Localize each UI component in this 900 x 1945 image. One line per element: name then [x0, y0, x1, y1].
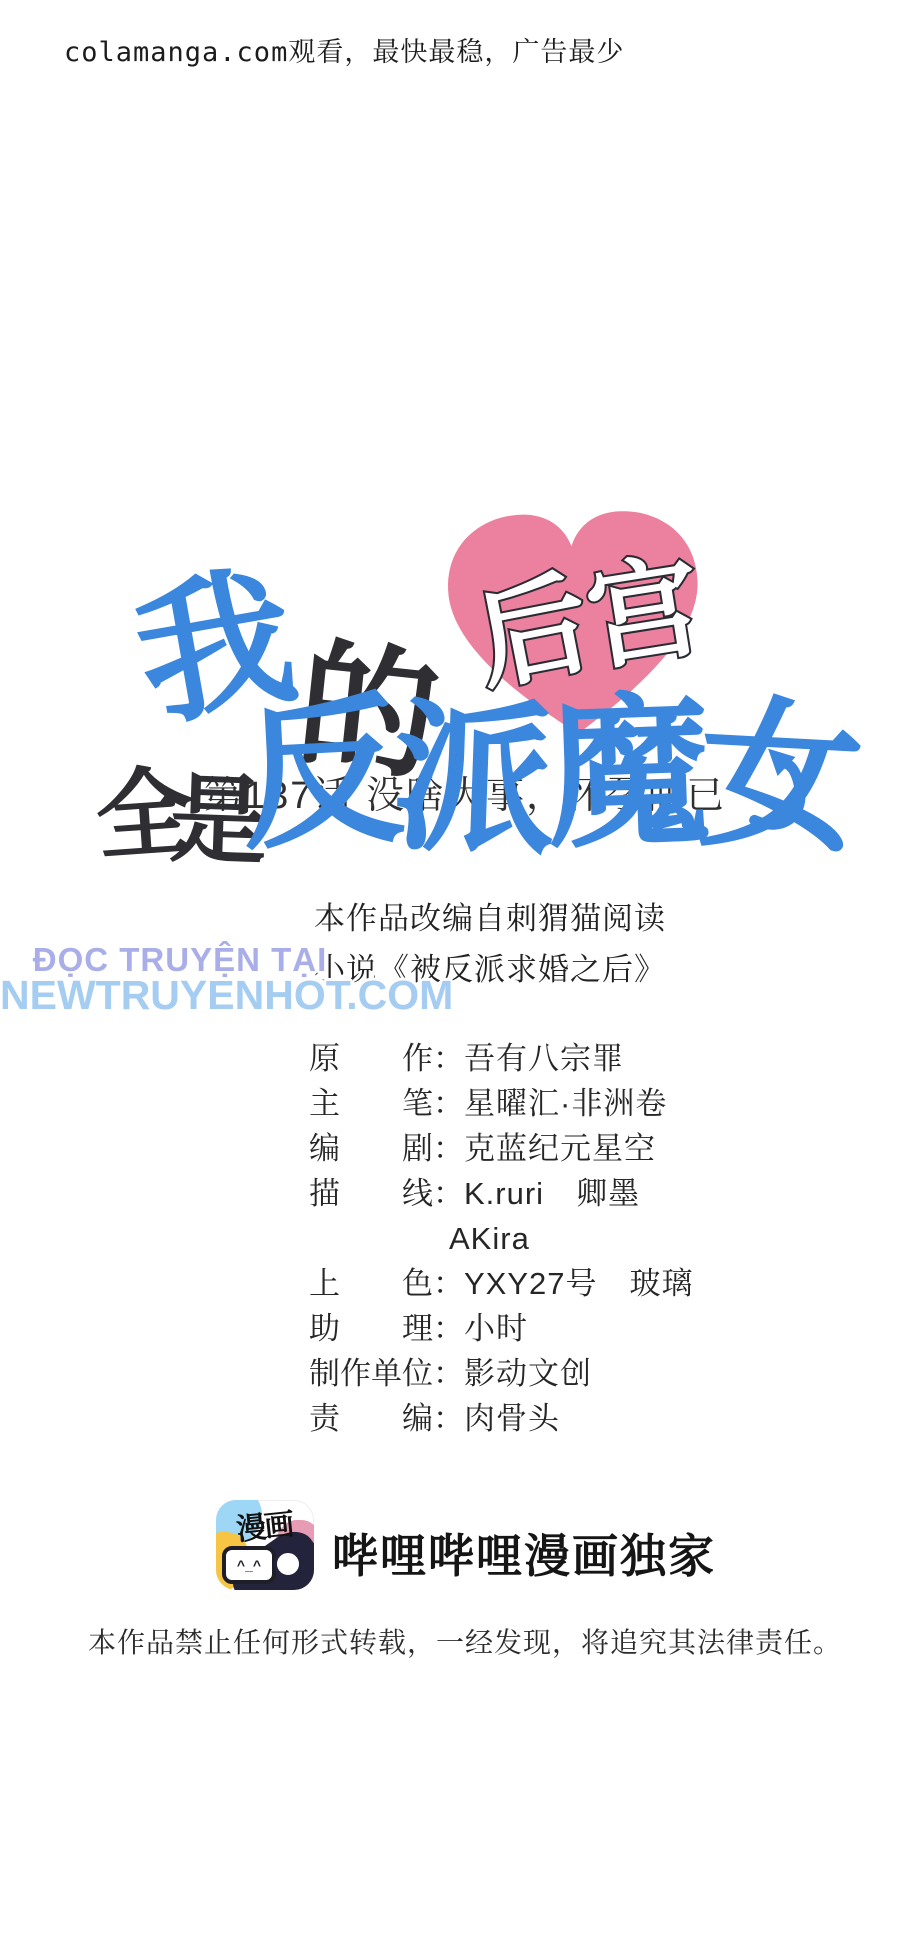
credit-label: 责 编： [309, 1401, 464, 1436]
credit-value: 小时 [464, 1311, 528, 1346]
credit-row-lead-artist: 主 笔：星曜汇·非洲卷 [309, 1081, 694, 1126]
credit-row-production: 制作单位：影动文创 [309, 1351, 694, 1396]
credit-value: 星曜汇·非洲卷 [464, 1086, 667, 1121]
credit-row-coloring: 上 色：YXY27号 玻璃 [309, 1261, 694, 1306]
credit-row-original: 原 作：吾有八宗罪 [309, 1036, 694, 1081]
credit-label: 主 笔： [309, 1086, 464, 1121]
credit-row-lineart: 描 线：K.ruri 卿墨 [309, 1171, 694, 1216]
devil-tail-icon [747, 736, 825, 836]
logo-manhua-text: 漫画 [234, 1500, 294, 1549]
credit-label: 原 作： [309, 1041, 464, 1076]
adaptation-line1: 本作品改编自刺猬猫阅读 [314, 893, 666, 944]
credit-value: K.ruri 卿墨 [464, 1176, 640, 1211]
credit-value: YXY27号 玻璃 [464, 1266, 694, 1301]
watermark-line2: NEWTRUYENHOT.COM [0, 972, 360, 1019]
title-char-fan: 反 [236, 688, 407, 859]
credit-label: 助 理： [309, 1311, 464, 1346]
credit-label: 制作单位： [309, 1356, 464, 1391]
manga-title-page: colamanga.com观看，最快最稳，广告最少 我 的 后 宫 全 是 反 … [0, 0, 900, 1945]
credit-value: 肉骨头 [464, 1401, 560, 1436]
title-char-mo: 魔 [544, 689, 713, 858]
credit-label: 编 剧： [309, 1131, 464, 1166]
credit-label: 上 色： [309, 1266, 464, 1301]
credit-value: AKira [449, 1221, 530, 1256]
credit-value: 克蓝纪元星空 [464, 1131, 656, 1166]
credit-row-assistant: 助 理：小时 [309, 1306, 694, 1351]
logo-glove-icon [274, 1550, 302, 1578]
credit-row-lineart-cont: AKira [309, 1216, 694, 1261]
title-char-pai: 派 [390, 695, 559, 864]
heart-char-gong: 宫 [579, 542, 710, 684]
site-notice-text: colamanga.com观看，最快最稳，广告最少 [64, 30, 624, 69]
credit-value: 吾有八宗罪 [464, 1041, 624, 1076]
credit-value: 影动文创 [464, 1356, 592, 1391]
credit-row-editor: 责 编：肉骨头 [309, 1396, 694, 1441]
credit-row-screenwriter: 编 剧：克蓝纪元星空 [309, 1126, 694, 1171]
series-title-logo: 我 的 后 宫 全 是 反 派 魔 女 [0, 240, 900, 660]
bilibili-manga-logo-icon: ^_^ 漫画 [216, 1500, 314, 1590]
credit-label: 描 线： [309, 1176, 464, 1211]
tv-face-icon: ^_^ [222, 1546, 276, 1584]
credits-list: 原 作：吾有八宗罪 主 笔：星曜汇·非洲卷 编 剧：克蓝纪元星空 描 线：K.r… [309, 1036, 694, 1441]
copyright-disclaimer: 本作品禁止任何形式转载，一经发现，将追究其法律责任。 [0, 1621, 900, 1661]
heart-char-hou: 后 [465, 559, 599, 704]
publisher-exclusive-text: 哔哩哔哩漫画独家 [332, 1520, 716, 1586]
